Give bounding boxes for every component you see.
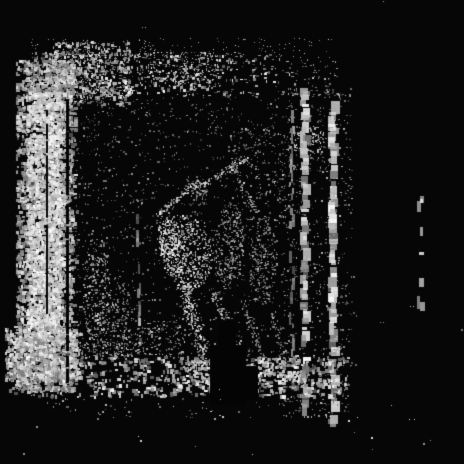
dithered-artwork-canvas [0,0,464,464]
artwork-frame [0,0,464,464]
